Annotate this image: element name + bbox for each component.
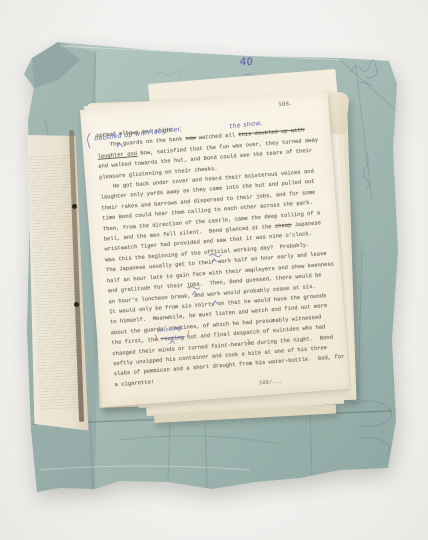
ink-micro-note-2	[189, 286, 200, 290]
ink-marks	[87, 124, 228, 349]
ink-caret-line1	[117, 143, 123, 147]
manuscript-page: 108. spread elbows and chins. The guards…	[80, 91, 350, 407]
ink-caret-line13	[212, 259, 217, 263]
binding-stud-top	[72, 204, 77, 209]
ink-caret-line16	[192, 291, 197, 295]
typed-strikethroughs	[97, 129, 312, 238]
ink-bracket	[87, 133, 91, 148]
binding-stud-bottom	[74, 302, 79, 307]
proof-marks	[80, 91, 350, 407]
ink-caret-line17	[213, 301, 218, 305]
ink-micro-note-1	[209, 253, 221, 257]
photo-of-manuscript-in-folder: 40 sHy 108. spread elbows and chins. The…	[0, 0, 428, 540]
ink-caret-line20	[170, 340, 175, 344]
red-proof-marks	[155, 326, 251, 351]
stamped-folio-number: 40	[240, 57, 254, 68]
